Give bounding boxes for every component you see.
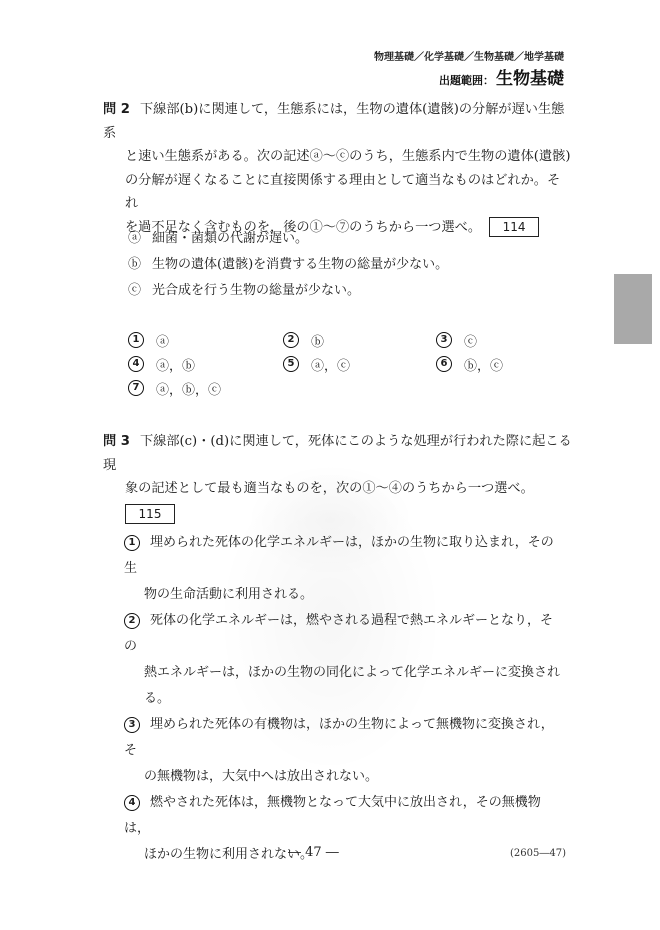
choice-row: 7ⓐ，ⓑ，ⓒ [128,376,548,400]
choice-value: ⓐ，ⓒ [311,355,350,374]
option-list: 1埋められた死体の化学エネルギーは，ほかの生物に取り込まれ，その生 物の生命活動… [124,530,564,868]
choice-value: ⓑ，ⓒ [464,355,503,374]
option-item: 4燃やされた死体は，無機物となって大気中に放出され，その無機物は， ほかの生物に… [124,790,564,868]
option-text: の無機物は，大気中へは放出されない。 [124,764,564,790]
range-header: 出題範囲： 生物基礎 [439,64,564,89]
choice-number: 2 [283,332,299,348]
question-2: 問 2下線部(b)に関連して，生態系には，生物の遺体(遺骸)の分解が遅い生態系 … [103,98,573,239]
option-number: 2 [124,613,140,629]
option-text: 熱エネルギーは，ほかの生物の同化によって化学エネルギーに変換され [124,660,564,686]
option-text: 死体の化学エネルギーは，燃やされる過程で熱エネルギーとなり，その [124,613,553,654]
choice-value: ⓑ [311,331,324,350]
option-item: 3埋められた死体の有機物は，ほかの生物によって無機物に変換され，そ の無機物は，… [124,712,564,790]
choice-number: 5 [283,356,299,372]
choice-item: 1ⓐ [128,331,283,350]
question-text-line: 下線部(c)・(d)に関連して，死体にこのような処理が行われた際に起こる現 [103,434,572,473]
option-text: 物の生命活動に利用される。 [124,582,564,608]
statement-item: ⓑ生物の遺体(遺骸)を消費する生物の総量が少ない。 [128,252,448,278]
choice-number: 4 [128,356,144,372]
choice-row: 1ⓐ 2ⓑ 3ⓒ [128,328,548,352]
choice-row: 4ⓐ，ⓑ 5ⓐ，ⓒ 6ⓑ，ⓒ [128,352,548,376]
option-number: 1 [124,535,140,551]
choice-value: ⓐ，ⓑ，ⓒ [156,379,221,398]
statement-item: ⓐ細菌・菌類の代謝が遅い。 [128,226,448,252]
question-text-line: 象の記述として最も適当なものを，次の①～④のうちから一つ選べ。 [103,477,573,501]
statement-text: 細菌・菌類の代謝が遅い。 [152,231,308,246]
question-3: 問 3下線部(c)・(d)に関連して，死体にこのような処理が行われた際に起こる現… [103,430,573,526]
choice-item: 2ⓑ [283,331,436,350]
range-value: 生物基礎 [496,64,564,89]
choice-item: 5ⓐ，ⓒ [283,355,436,374]
choice-number: 3 [436,332,452,348]
option-text: 埋められた死体の有機物は，ほかの生物によって無機物に変換され，そ [124,717,554,758]
answer-box: 115 [125,504,175,524]
question-number: 問 2 [103,102,130,117]
statement-text: 生物の遺体(遺骸)を消費する生物の総量が少ない。 [152,257,448,272]
option-text: る。 [124,686,564,712]
statement-mark: ⓒ [128,278,152,304]
option-text: 燃やされた死体は，無機物となって大気中に放出され，その無機物は， [124,795,541,836]
option-text: ほかの生物に利用されない。 [124,842,564,868]
choice-item: 4ⓐ，ⓑ [128,355,283,374]
choice-value: ⓐ，ⓑ [156,355,195,374]
range-label: 出題範囲： [439,72,494,88]
choice-value: ⓒ [464,331,477,350]
option-item: 1埋められた死体の化学エネルギーは，ほかの生物に取り込まれ，その生 物の生命活動… [124,530,564,608]
statement-mark: ⓑ [128,252,152,278]
statement-item: ⓒ光合成を行う生物の総量が少ない。 [128,278,448,304]
choice-number: 6 [436,356,452,372]
choice-item: 3ⓒ [436,331,536,350]
question-text-line: 下線部(b)に関連して，生態系には，生物の遺体(遺骸)の分解が遅い生態系 [103,102,564,141]
option-number: 3 [124,717,140,733]
choice-item: 6ⓑ，ⓒ [436,355,536,374]
page-number: ― 47 ― [288,845,339,860]
choice-number: 7 [128,380,144,396]
statement-list: ⓐ細菌・菌類の代謝が遅い。 ⓑ生物の遺体(遺骸)を消費する生物の総量が少ない。 … [128,226,448,304]
statement-text: 光合成を行う生物の総量が少ない。 [152,283,360,298]
choice-value: ⓐ [156,331,169,350]
option-text: 埋められた死体の化学エネルギーは，ほかの生物に取り込まれ，その生 [124,535,554,576]
statement-mark: ⓐ [128,226,152,252]
choice-number: 1 [128,332,144,348]
answer-box: 114 [489,217,539,237]
question-number: 問 3 [103,434,130,449]
option-item: 2死体の化学エネルギーは，燃やされる過程で熱エネルギーとなり，その 熱エネルギー… [124,608,564,712]
document-code: (2605―47) [510,848,566,859]
section-index-tab [614,274,652,344]
choice-item: 7ⓐ，ⓑ，ⓒ [128,379,283,398]
option-number: 4 [124,795,140,811]
subjects-header: 物理基礎／化学基礎／生物基礎／地学基礎 [374,48,564,63]
question-text-line: の分解が遅くなることに直接関係する理由として適当なものはどれか。それ [103,169,573,216]
choice-grid: 1ⓐ 2ⓑ 3ⓒ 4ⓐ，ⓑ 5ⓐ，ⓒ 6ⓑ，ⓒ 7ⓐ，ⓑ，ⓒ [128,328,548,400]
question-text-line: と速い生態系がある。次の記述ⓐ～ⓒのうち，生態系内で生物の遺体(遺骸) [103,145,573,169]
